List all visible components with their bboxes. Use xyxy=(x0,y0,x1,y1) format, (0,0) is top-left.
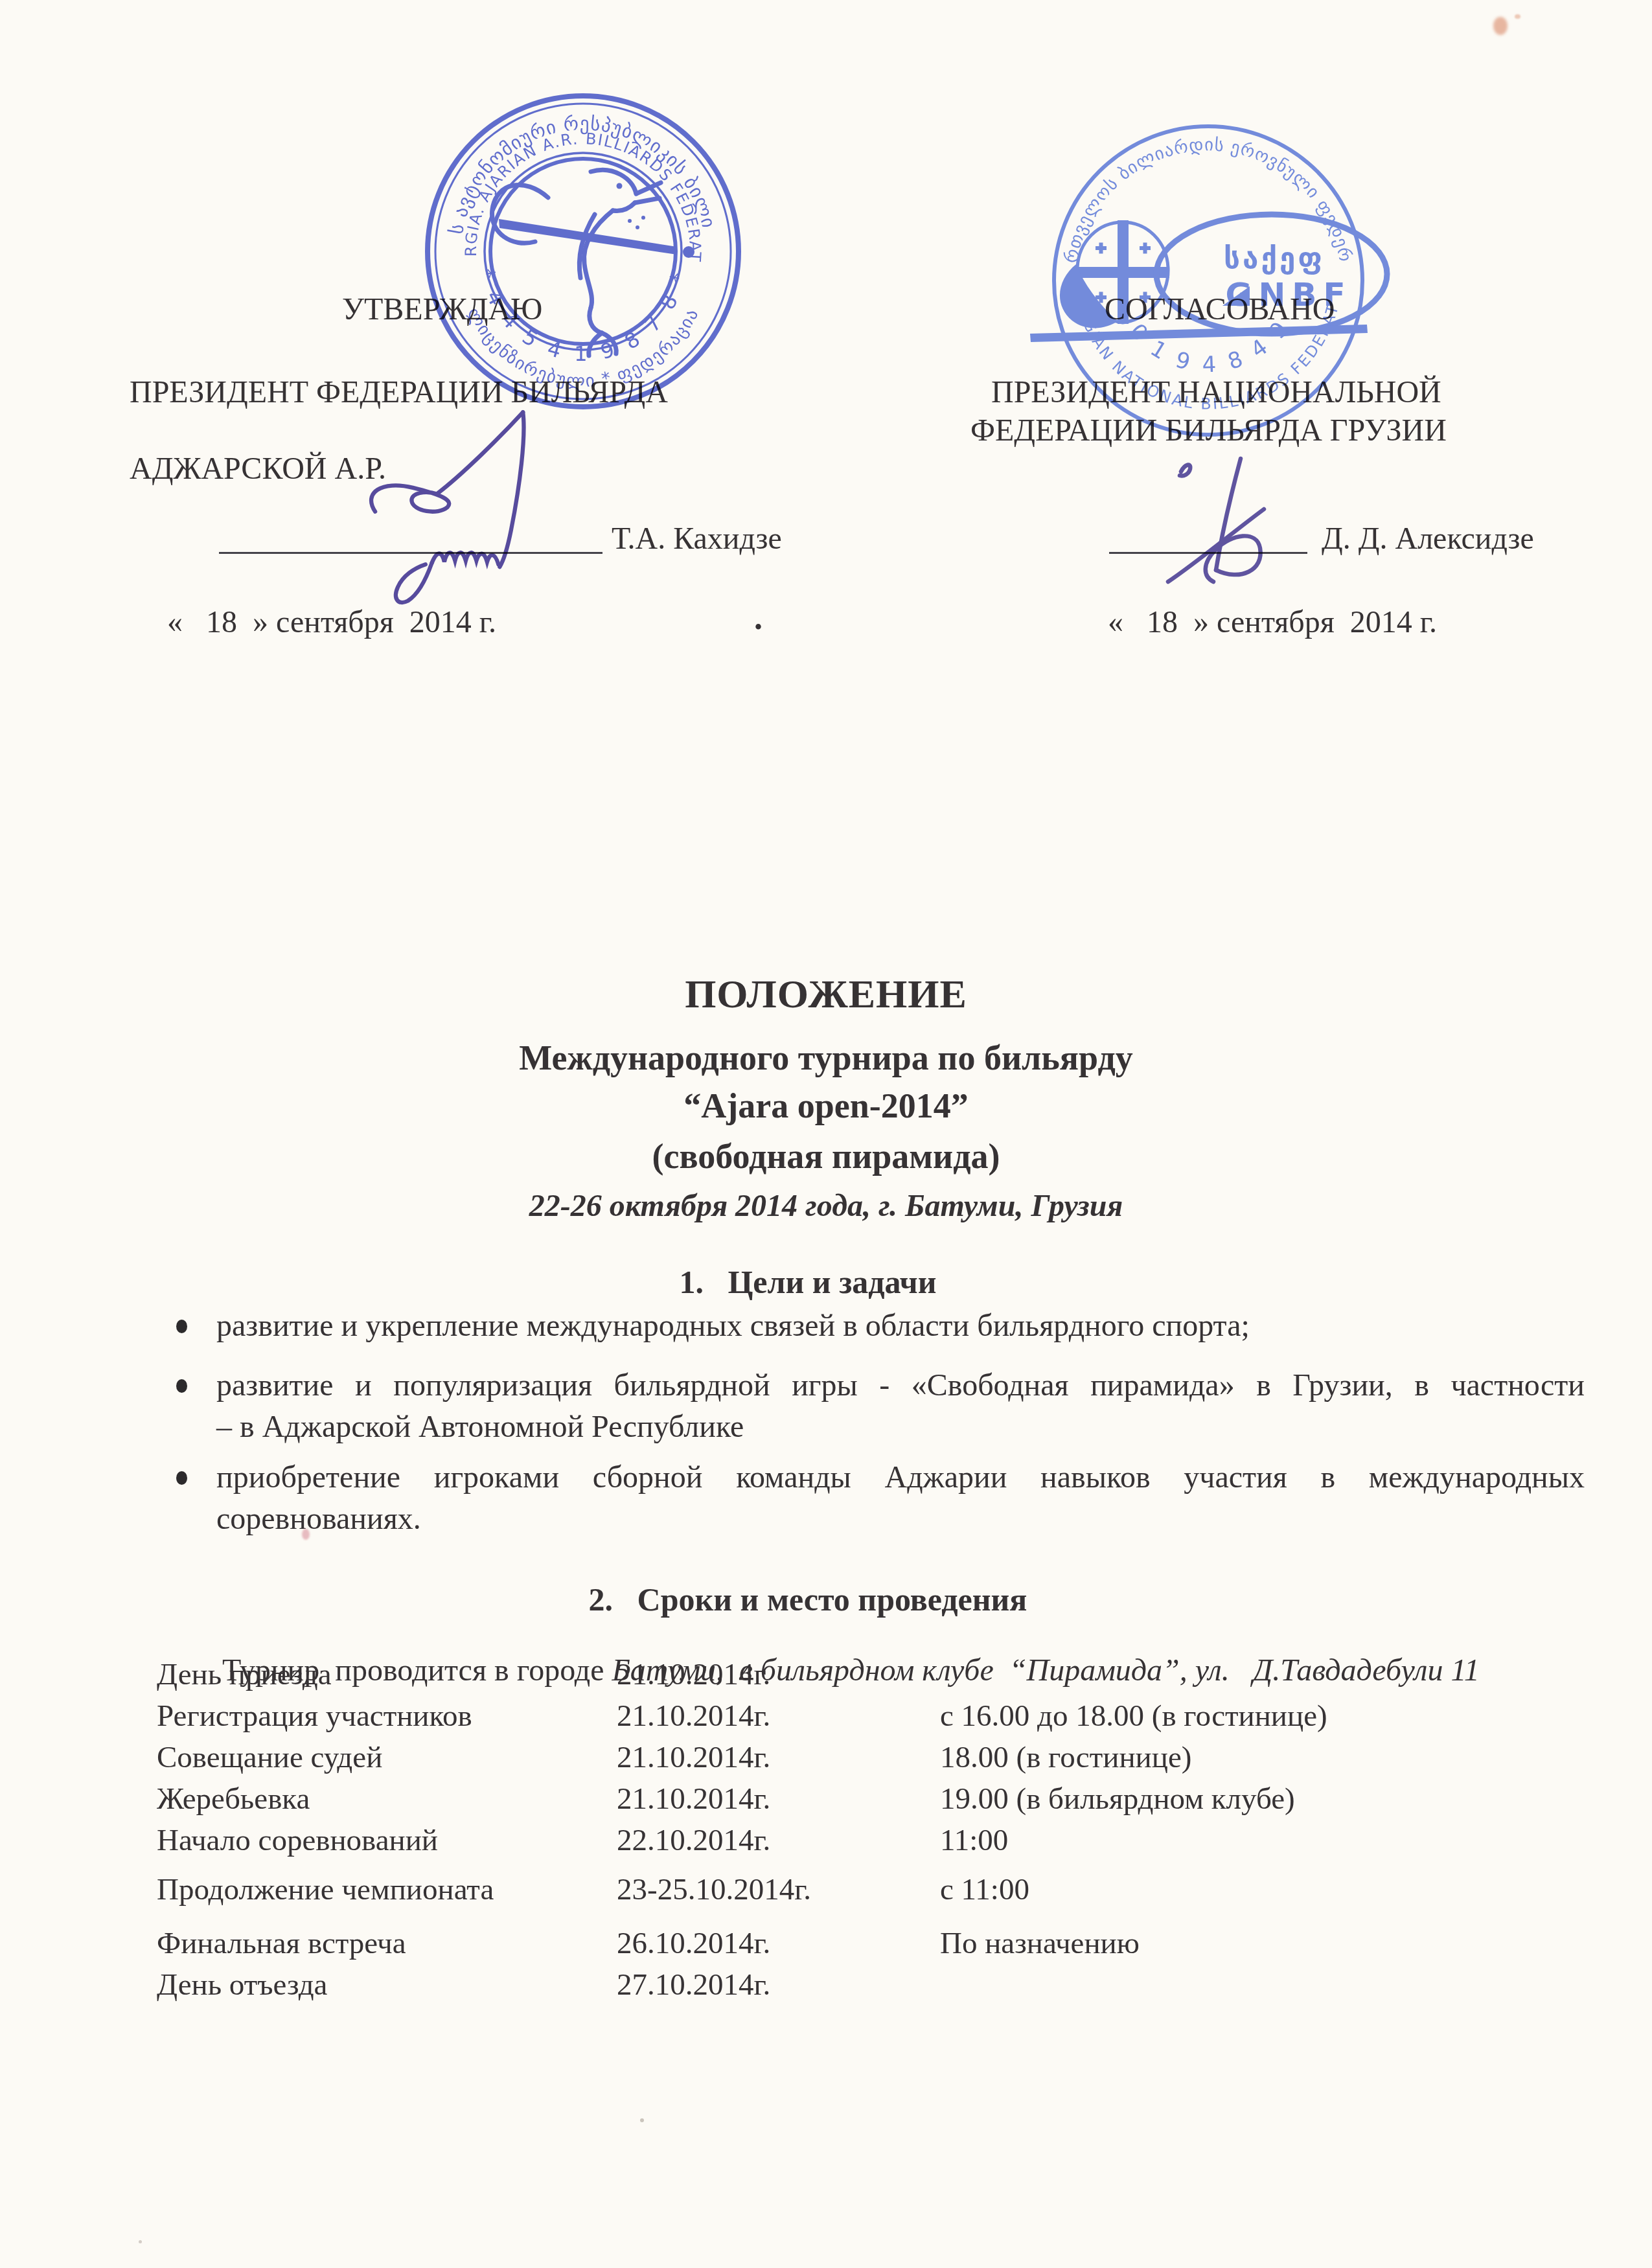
title-subtitle-3: (свободная пирамида) xyxy=(0,1136,1652,1176)
title-subtitle-2: “Ajara open-2014” xyxy=(0,1086,1652,1126)
schedule-time: 19.00 (в бильярдном клубе) xyxy=(940,1782,1295,1816)
scan-speck xyxy=(1493,17,1508,35)
schedule-table: День приезда21.10.2014г. Регистрация уча… xyxy=(157,1654,1327,2006)
seal-left-graphic: აჭარის ავტონომიური რესპუბლიკის ბილიარდის… xyxy=(421,87,745,415)
title-subtitle-1: Международного турнира по бильярду xyxy=(0,1038,1652,1078)
bullet-line: соревнованиях. xyxy=(216,1498,1585,1540)
bullet-icon xyxy=(176,1320,187,1333)
schedule-label: День отъезда xyxy=(157,1964,617,2006)
schedule-date: 22.10.2014г. xyxy=(617,1820,940,1861)
schedule-label: Жеребьевка xyxy=(157,1778,617,1820)
gnbf-georgian-abbr: საქეფ xyxy=(1224,242,1325,275)
signature-left-ink xyxy=(334,398,593,612)
scan-speck xyxy=(1515,14,1520,19)
scan-speck xyxy=(640,2118,644,2122)
document-title-block: ПОЛОЖЕНИЕ xyxy=(0,972,1652,1018)
schedule-date: 21.10.2014г. xyxy=(617,1654,940,1695)
table-row: Финальная встреча26.10.2014г.По назначен… xyxy=(157,1923,1327,1964)
schedule-time: 18.00 (в гостинице) xyxy=(940,1741,1191,1774)
schedule-date: 21.10.2014г. xyxy=(617,1737,940,1778)
schedule-time: с 11:00 xyxy=(940,1873,1029,1907)
scan-speck xyxy=(139,2240,142,2243)
ajarian-billiards-federation-seal: აჭარის ავტონომიური რესპუბლიკის ბილიარდის… xyxy=(421,87,745,415)
section1-heading: 1. Цели и задачи xyxy=(679,1264,936,1300)
seal-right-georgian-top-text: საქართველოს ბილიარდის ეროვნული ფედერაცია xyxy=(1014,109,1355,265)
scan-speck xyxy=(302,1529,310,1540)
schedule-date: 23-25.10.2014г. xyxy=(617,1869,940,1910)
schedule-label: Совещание судей xyxy=(157,1737,617,1778)
goals-bullet-list: развитие и укрепление международных связ… xyxy=(175,1305,1585,1540)
schedule-label: Продолжение чемпионата xyxy=(157,1869,617,1910)
schedule-label: Начало соревнований xyxy=(157,1820,617,1861)
table-row: Совещание судей21.10.2014г.18.00 (в гост… xyxy=(157,1737,1327,1778)
schedule-time: По назначению xyxy=(940,1927,1140,1960)
list-item: развитие и укрепление международных связ… xyxy=(175,1305,1585,1347)
table-row: Жеребьевка21.10.2014г.19.00 (в бильярдно… xyxy=(157,1778,1327,1820)
schedule-date: 21.10.2014г. xyxy=(617,1695,940,1737)
section2-heading: 2. Сроки и место проведения xyxy=(589,1581,1027,1618)
list-item: приобретение игроками сборной команды Ад… xyxy=(175,1457,1585,1540)
gnbf-oval-emblem: საქეფ GNBF xyxy=(1156,214,1387,334)
svg-text:საქართველოს ბილიარდის ეროვნული: საქართველოს ბილიარდის ეროვნული ფედერაცია xyxy=(1014,109,1355,265)
title-date-place: 22-26 октября 2014 года, г. Батуми, Груз… xyxy=(0,1188,1652,1224)
bullet-line: приобретение игроками сборной команды Ад… xyxy=(216,1457,1585,1498)
schedule-date: 21.10.2014г. xyxy=(617,1778,940,1820)
list-item: развитие и популяризация бильярдной игры… xyxy=(175,1365,1585,1448)
schedule-date: 26.10.2014г. xyxy=(617,1923,940,1964)
signatory-left-name: Т.А. Кахидзе xyxy=(612,521,782,556)
signature-right-ink xyxy=(1143,447,1299,599)
bullet-icon xyxy=(176,1471,187,1485)
table-row: День отъезда27.10.2014г. xyxy=(157,1964,1327,2006)
signatory-right-name: Д. Д. Алексидзе xyxy=(1322,521,1534,556)
table-row: Регистрация участников21.10.2014г.с 16.0… xyxy=(157,1695,1327,1737)
table-row: Продолжение чемпионата23-25.10.2014г.с 1… xyxy=(157,1869,1327,1910)
approval-right-date: « 18 » сентября 2014 г. xyxy=(1108,604,1437,640)
bullet-line: развитие и укрепление международных связ… xyxy=(216,1305,1585,1347)
stray-period-mark: . xyxy=(754,599,763,637)
bullet-line: – в Аджарской Автономной Республике xyxy=(216,1406,1585,1448)
schedule-label: День приезда xyxy=(157,1654,617,1695)
schedule-label: Регистрация участников xyxy=(157,1695,617,1737)
table-row: Начало соревнований22.10.2014г.11:00 xyxy=(157,1820,1327,1861)
schedule-date: 27.10.2014г. xyxy=(617,1964,940,2006)
seal-right-graphic: საქართველოს ბილიარდის ეროვნული ფედერაცია… xyxy=(1014,109,1403,459)
table-row: День приезда21.10.2014г. xyxy=(157,1654,1327,1695)
bullet-icon xyxy=(176,1379,187,1393)
document-title: ПОЛОЖЕНИЕ xyxy=(0,972,1652,1018)
schedule-time: 11:00 xyxy=(940,1824,1008,1857)
schedule-label: Финальная встреча xyxy=(157,1923,617,1964)
georgian-national-billiards-federation-seal: საქართველოს ბილიარდის ეროვნული ფედერაცია… xyxy=(1014,109,1403,459)
scanned-document-page: УТВЕРЖДАЮ ПРЕЗИДЕНТ ФЕДЕРАЦИИ БИЛЬЯРДА А… xyxy=(0,0,1652,2268)
bullet-line: развитие и популяризация бильярдной игры… xyxy=(216,1365,1585,1406)
schedule-time: с 16.00 до 18.00 (в гостинице) xyxy=(940,1699,1327,1733)
